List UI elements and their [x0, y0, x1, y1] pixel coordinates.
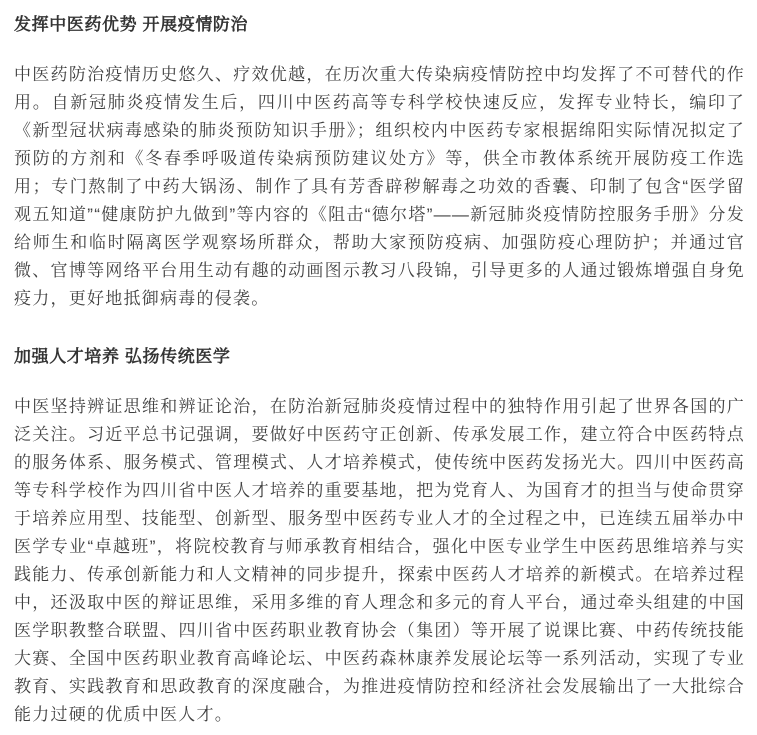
- section-paragraph-talent-cultivation: 中医坚持辨证思维和辨证论治，在防治新冠肺炎疫情过程中的独特作用引起了世界各国的广…: [14, 393, 745, 729]
- article-body: 发挥中医药优势 开展疫情防治 中医药防治疫情历史悠久、疗效优越，在历次重大传染病…: [0, 0, 757, 735]
- article-section-talent-cultivation: 加强人才培养 弘扬传统医学 中医坚持辨证思维和辨证论治，在防治新冠肺炎疫情过程中…: [14, 345, 745, 729]
- section-heading-epidemic-prevention: 发挥中医药优势 开展疫情防治: [14, 13, 745, 37]
- article-section-epidemic-prevention: 发挥中医药优势 开展疫情防治 中医药防治疫情历史悠久、疗效优越，在历次重大传染病…: [14, 13, 745, 313]
- section-paragraph-epidemic-prevention: 中医药防治疫情历史悠久、疗效优越，在历次重大传染病疫情防控中均发挥了不可替代的作…: [14, 61, 745, 313]
- section-heading-talent-cultivation: 加强人才培养 弘扬传统医学: [14, 345, 745, 369]
